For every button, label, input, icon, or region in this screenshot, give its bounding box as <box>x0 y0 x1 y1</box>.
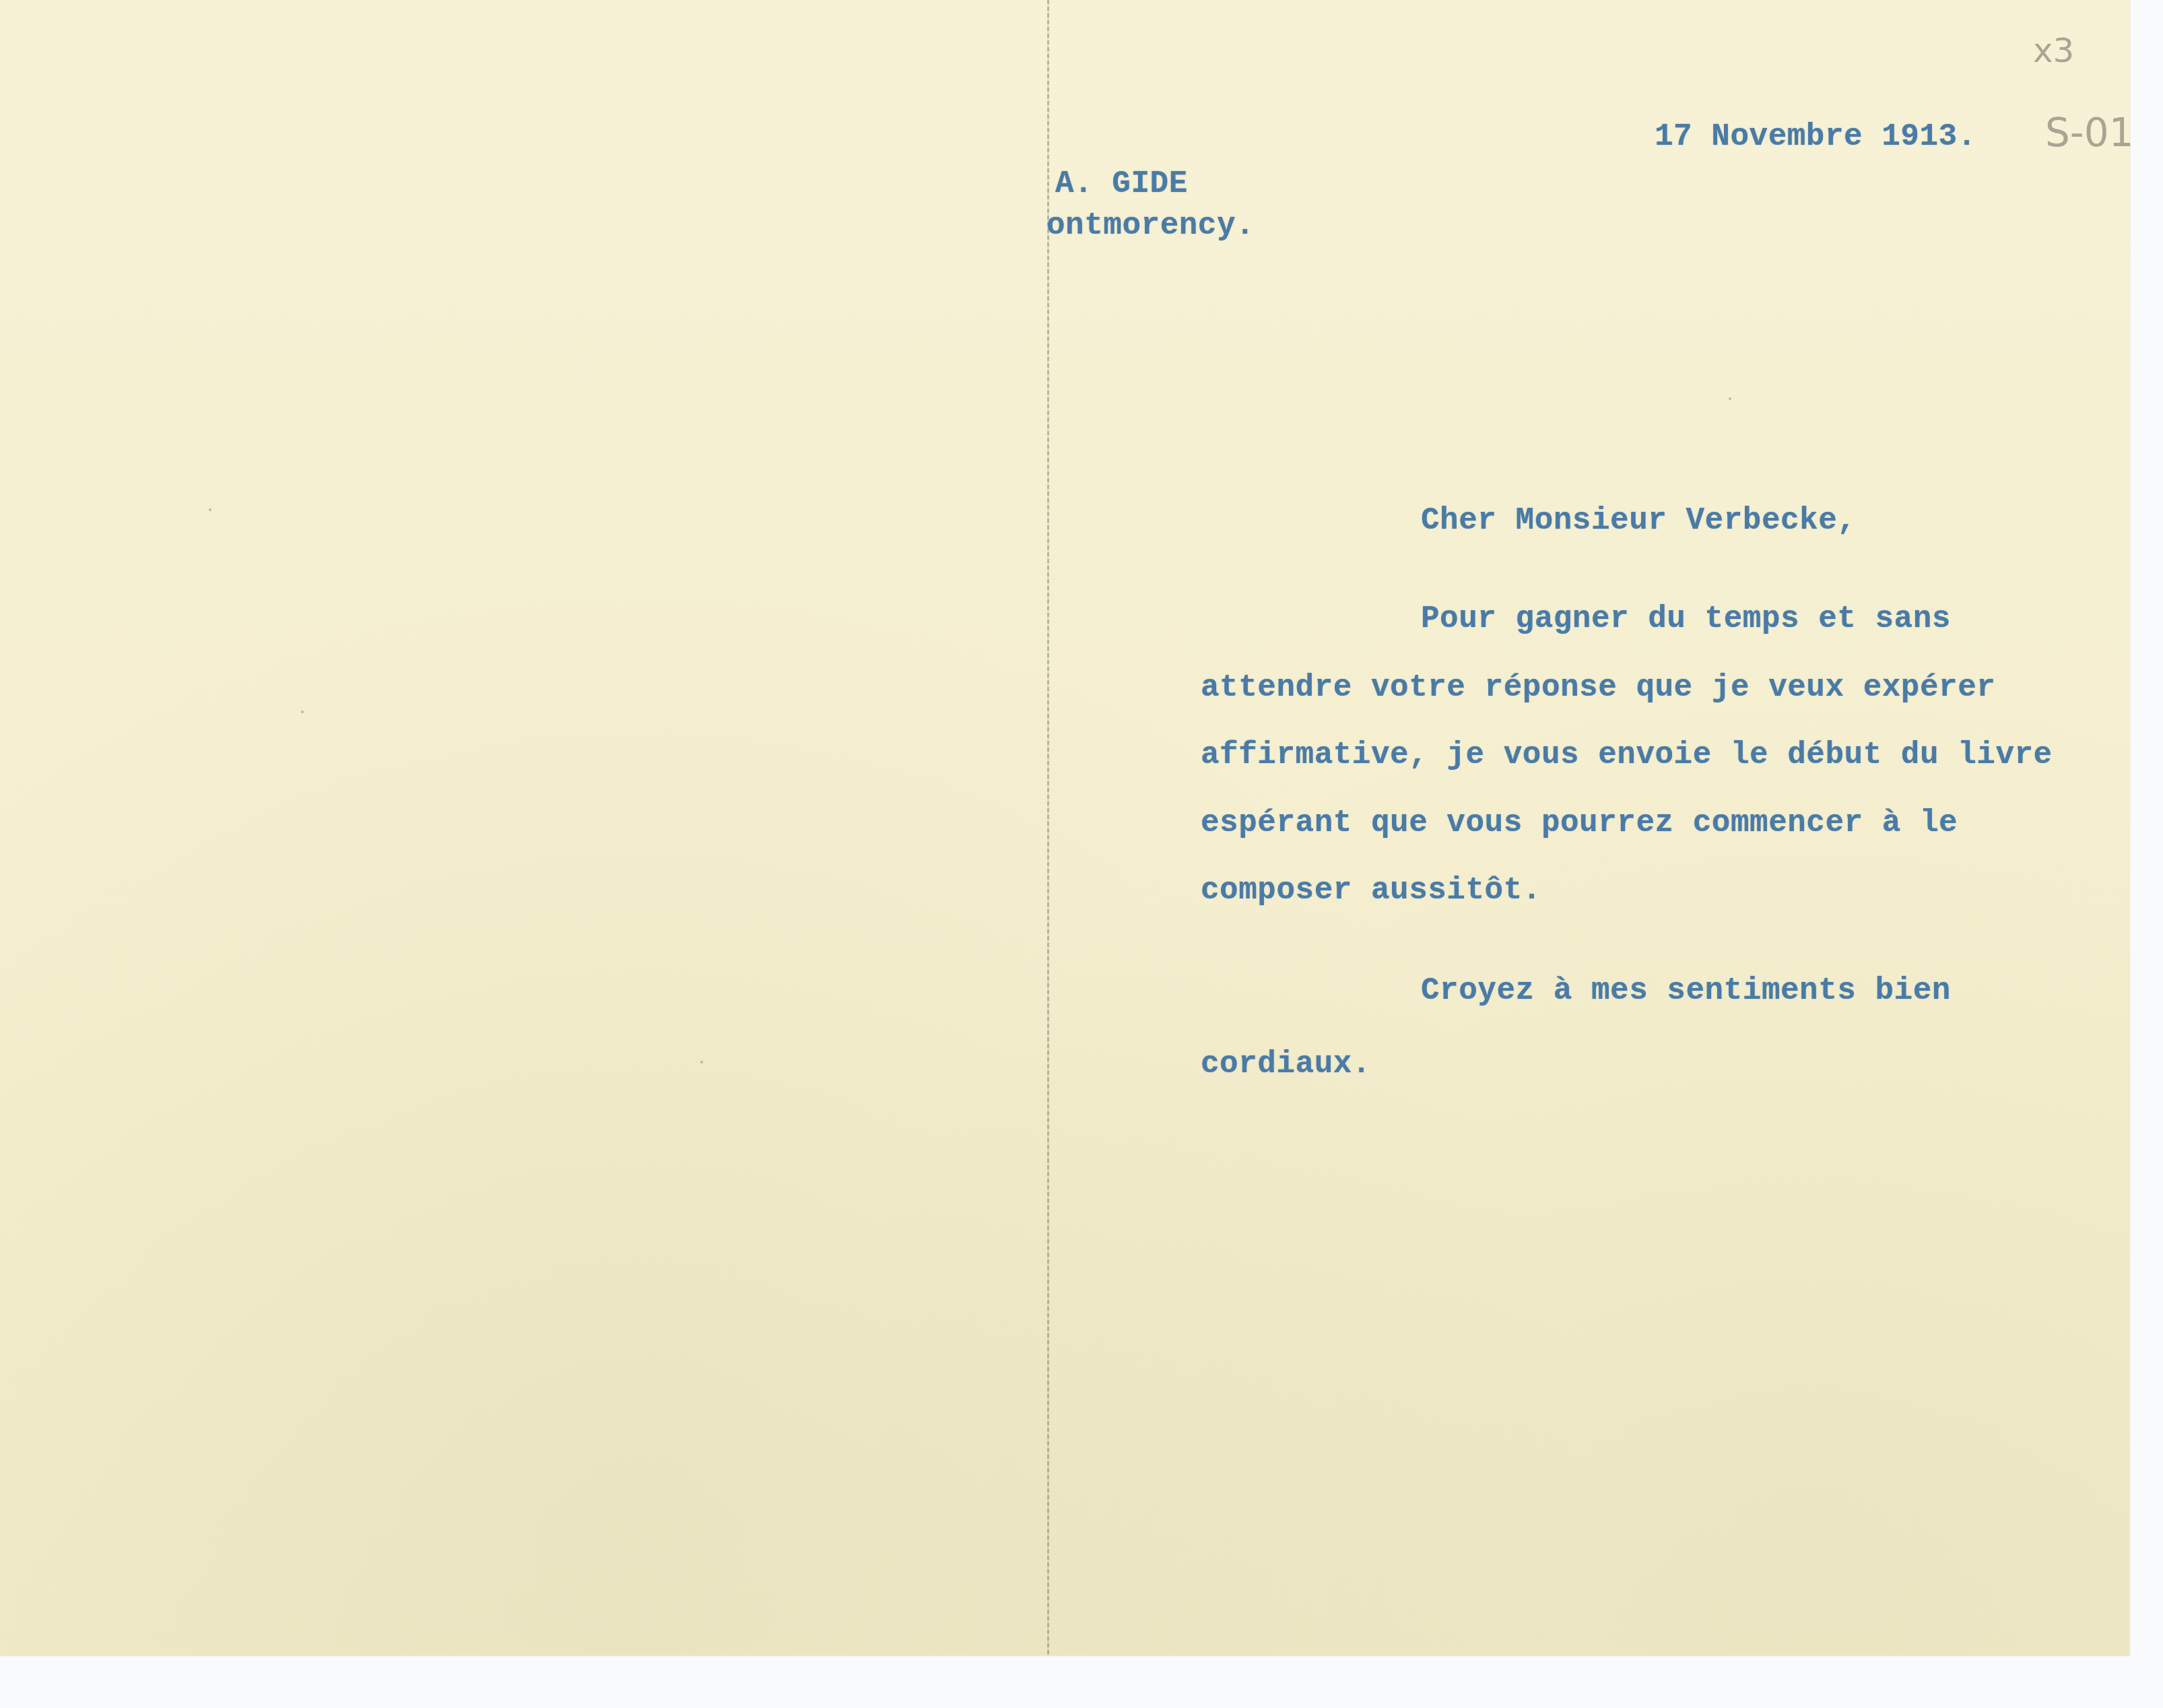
letter-date: 17 Novembre 1913. <box>1655 121 1976 152</box>
sender-place: ontmorency. <box>1046 210 1255 241</box>
body-line-1: Pour gagner du temps et sans <box>1421 603 1951 634</box>
left-page-blank <box>0 0 1048 1655</box>
closing-line-2: cordiaux. <box>1201 1049 1371 1080</box>
sender-name: A. GIDE <box>1055 168 1188 199</box>
body-line-3: affirmative, je vous envoie le début du … <box>1201 740 2053 770</box>
pencil-annotation-x3: x3 <box>2033 34 2074 67</box>
salutation: Cher Monsieur Verbecke, <box>1421 505 1856 536</box>
right-page-letter: 17 Novembre 1913. A. GIDE ontmorency. Ch… <box>1049 0 2129 1655</box>
body-line-5: composer aussitôt. <box>1201 875 1541 906</box>
pencil-annotation-ref: S-01 <box>2045 113 2134 152</box>
paper-speck <box>1729 397 1731 400</box>
body-line-4: espérant que vous pourrez commencer à le <box>1201 808 1958 839</box>
paper-speck <box>700 1061 703 1063</box>
paper-speck <box>209 508 211 511</box>
letter-sheet: 17 Novembre 1913. A. GIDE ontmorency. Ch… <box>0 0 2129 1655</box>
closing-line-1: Croyez à mes sentiments bien <box>1421 975 1951 1006</box>
body-line-2: attendre votre réponse que je veux expér… <box>1201 672 1995 703</box>
paper-speck <box>301 711 304 713</box>
